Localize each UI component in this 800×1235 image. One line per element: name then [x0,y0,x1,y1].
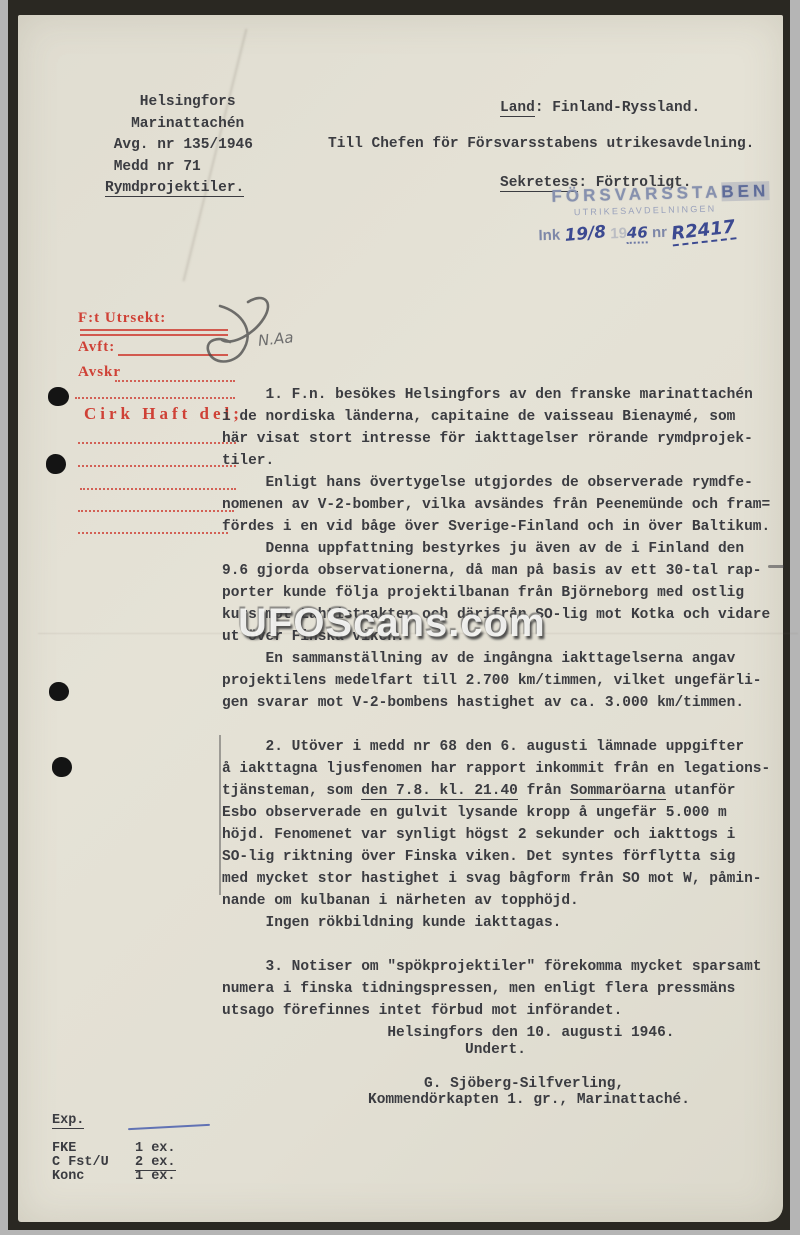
body-line [222,934,787,956]
country-label: Land [500,100,535,117]
distribution-label: FKE [52,1142,135,1156]
body-line: En sammanställning av de ingångna iaktta… [222,648,787,670]
body-line: 3. Notiser om "spökprojektiler" förekomm… [222,956,787,978]
body-line: nomenen av V-2-bomber, vilka avsändes fr… [222,494,787,516]
stamp-agency-light: FÖRSVARSSTA [551,182,721,205]
body-line: Enligt hans övertygelse utgjordes de obs… [222,472,787,494]
pencil-margin-line [219,735,221,895]
distribution-label: C Fst/U [52,1156,135,1170]
body-line: tiler. [222,450,787,472]
distribution-row: Konc1 ex. [52,1170,176,1184]
distribution-copies: 1 ex. [135,1169,176,1184]
red-dotted-line-6 [78,510,234,512]
body-line: i de nordiska länderna, capitaine de vai… [222,406,787,428]
sender-header-line: Helsingfors [105,92,253,114]
signature-title: Kommendörkapten 1. gr., Marinattaché. [368,1092,690,1108]
sender-header-line: Medd nr 71 [105,157,253,179]
hole-punch-2 [46,454,66,474]
sender-header-line: Marinattachén [105,114,253,136]
country-line: Land: Finland-Ryssland. [500,96,700,121]
red-dotted-line-1 [115,380,235,382]
body-line: numera i finska tidningspressen, men enl… [222,978,787,1000]
distribution-row: FKE1 ex. [52,1142,176,1156]
distribution-list: Exp. FKE1 ex.C Fst/U2 ex.Konc1 ex. [52,1086,176,1184]
handwritten-year: 46 [627,223,648,244]
body-line: med mycket stor hastighet i svag bågform… [222,868,787,890]
red-dotted-line-5 [80,488,236,490]
sender-header-line: Rymdprojektiler. [105,178,253,200]
distribution-copies: 2 ex. [135,1155,176,1171]
body-line: å iakttagna ljusfenomen har rapport inko… [222,758,787,780]
red-label-utrsekt: F:t Utrsekt: [78,310,166,327]
distribution-copies: 1 ex. [135,1141,176,1156]
handwritten-number: R2417 [670,216,736,246]
watermark-text: UFOScans.com [238,601,546,646]
body-text: 1. F.n. besökes Helsingfors av den frans… [222,384,787,1044]
body-line: 9.6 gjorda observationerna, då man på ba… [222,560,787,582]
body-line [222,714,787,736]
body-line: nande om kulbanan i närheten av topphöjd… [222,890,787,912]
body-line: Denna uppfattning bestyrkes ju även av d… [222,538,787,560]
sender-header-line: Avg. nr 135/1946 [105,135,253,157]
body-line: Esbo observerade en gulvit lysande kropp… [222,802,787,824]
body-line: utsago förefinnes intet förbud mot inför… [222,1000,787,1022]
sender-header-block: Helsingfors Marinattachén Avg. nr 135/19… [105,92,253,200]
stamp-year-faded: 19 [610,225,627,242]
body-line: 2. Utöver i medd nr 68 den 6. augusti lä… [222,736,787,758]
stamp-agency-dark: BEN [721,181,769,201]
body-line: gen svarar mot V-2-bombens hastighet av … [222,692,787,714]
red-dotted-line-4 [78,465,236,467]
stamp-ink-label: Ink [538,227,560,245]
body-line: här visat stort intresse för iakttagelse… [222,428,787,450]
body-line: tjänsteman, som den 7.8. kl. 21.40 från … [222,780,787,802]
hole-punch-4 [52,757,72,777]
country-value: : Finland-Ryssland. [535,100,700,116]
red-label-avskr: Avskr [78,364,121,381]
scanned-document-page: { "watermark": "UFOScans.com", "header_l… [0,0,800,1235]
body-line: Helsingfors den 10. augusti 1946. [222,1022,787,1044]
red-dotted-line-2 [75,397,235,399]
body-line: 1. F.n. besökes Helsingfors av den frans… [222,384,787,406]
handwritten-date: 19/8 [563,222,606,246]
body-line: SO-lig riktning över Finska viken. Det s… [222,846,787,868]
body-line: projektilens medelfart till 2.700 km/tim… [222,670,787,692]
pencil-initials-note: N.Aa [257,328,294,350]
hole-punch-3 [49,682,69,701]
red-label-avft: Avft: [78,339,115,356]
red-dotted-line-3 [78,442,236,444]
hole-punch-1 [48,387,69,406]
red-label-cirk: Cirk Haft del; [84,404,243,424]
distribution-label: Konc [52,1170,135,1184]
registry-stamp: FÖRSVARSSTABEN UTRIKESAVDELNINGEN Ink 19… [537,181,783,247]
signature-undert: Undert. [465,1042,526,1058]
distribution-row: C Fst/U2 ex. [52,1156,176,1170]
body-line: höjd. Fenomenet var synligt högst 2 seku… [222,824,787,846]
body-line: Ingen rökbildning kunde iakttagas. [222,912,787,934]
addressee-line: Till Chefen för Försvarsstabens utrikesa… [328,136,754,152]
signature-name: G. Sjöberg-Silfverling, [424,1076,624,1092]
body-line: fördes i en vid båge över Sverige-Finlan… [222,516,787,538]
red-dotted-line-7 [78,532,228,534]
stamp-nr-label: nr [652,224,667,241]
